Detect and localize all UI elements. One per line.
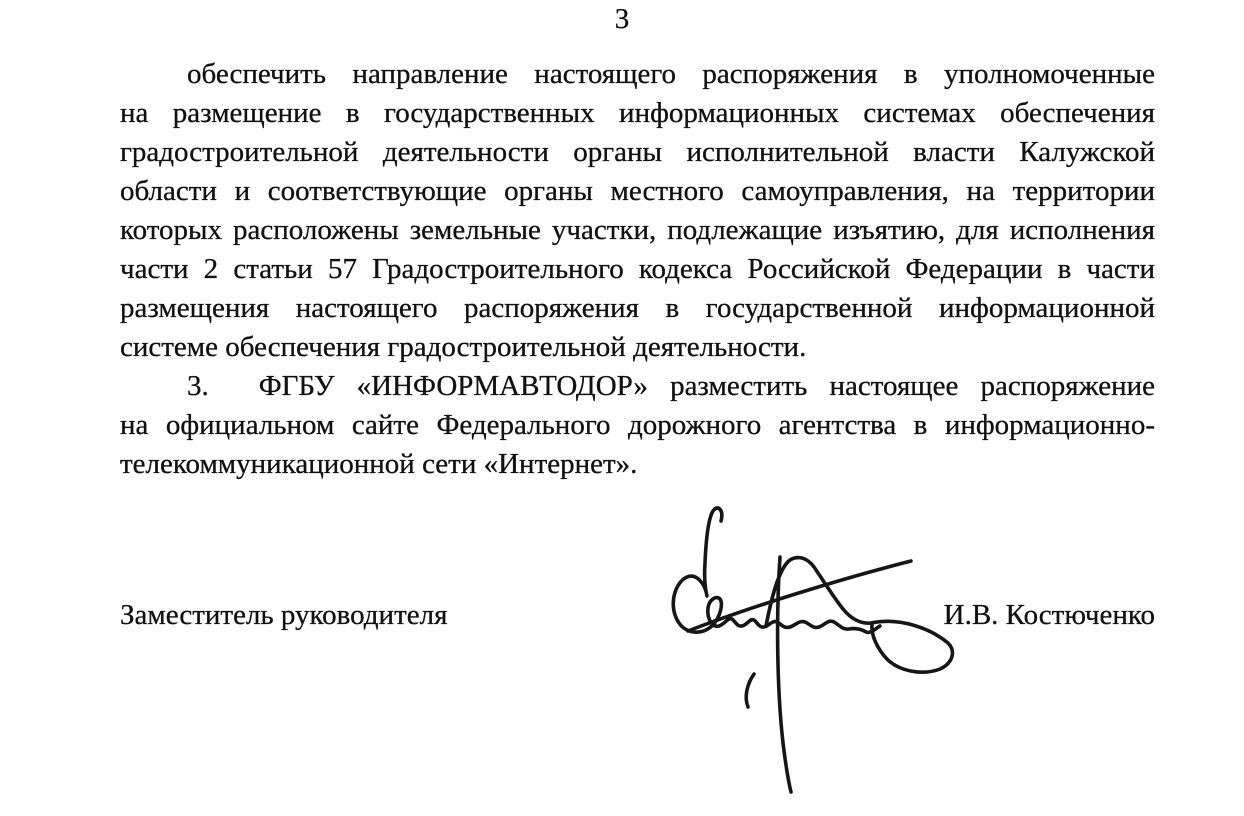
signer-position-title: Заместитель руководителя bbox=[120, 596, 447, 635]
document-body: обеспечить направление настоящего распор… bbox=[120, 55, 1155, 484]
text-line: обеспечить направление настоящего распор… bbox=[120, 55, 1155, 94]
text-line: размещения настоящего распоряжения в гос… bbox=[120, 289, 1155, 328]
document-page: 3 обеспечить направление настоящего расп… bbox=[0, 0, 1244, 816]
list-item-3: 3.ФГБУ «ИНФОРМАВТОДОР» разместить настоя… bbox=[120, 367, 1155, 406]
item-number: 3. bbox=[187, 370, 209, 402]
signature-icon bbox=[650, 495, 1000, 816]
signoff-row: Заместитель руководителя И.В. Костюченко bbox=[120, 596, 1155, 635]
text-line: на официальном сайте Федерального дорожн… bbox=[120, 406, 1155, 445]
text-line: на размещение в государственных информац… bbox=[120, 94, 1155, 133]
text-line: части 2 статьи 57 Градостроительного код… bbox=[120, 250, 1155, 289]
text-line: области и соответствующие органы местног… bbox=[120, 172, 1155, 211]
text-line: градостроительной деятельности органы ис… bbox=[120, 133, 1155, 172]
text-line: которых расположены земельные участки, п… bbox=[120, 211, 1155, 250]
page-number: 3 bbox=[0, 3, 1244, 35]
text-line: системе обеспечения градостроительной де… bbox=[120, 328, 1155, 367]
handwritten-signature bbox=[650, 495, 1000, 816]
text-line: ФГБУ «ИНФОРМАВТОДОР» разместить настояще… bbox=[259, 370, 1155, 402]
text-line: телекоммуникационной сети «Интернет». bbox=[120, 445, 1155, 484]
signer-name: И.В. Костюченко bbox=[944, 596, 1155, 635]
